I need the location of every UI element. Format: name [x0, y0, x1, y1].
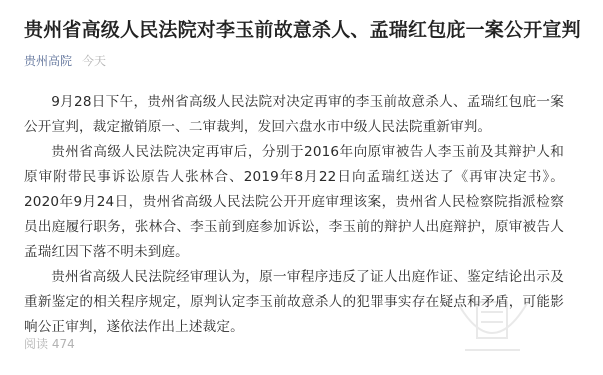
source-link[interactable]: 贵州高院 [24, 53, 72, 69]
article: 贵州省高级人民法院对李玉前故意杀人、孟瑞红包庇一案公开宣判 贵州高院 今天 9月… [24, 16, 584, 340]
paragraph: 9月28日下午，贵州省高级人民法院对决定再审的李玉前故意杀人、孟瑞红包庇一案公开… [24, 90, 564, 140]
paragraph: 贵州省高级人民法院经审理认为，原一审程序违反了证人出庭作证、鉴定结论出示及重新鉴… [24, 265, 564, 340]
read-count: 阅读 474 [24, 335, 75, 352]
article-title: 贵州省高级人民法院对李玉前故意杀人、孟瑞红包庇一案公开宣判 [24, 16, 584, 44]
paragraph: 贵州省高级人民法院决定再审后，分别于2016年向原审被告人李玉前及其辩护人和原审… [24, 140, 564, 265]
article-meta: 贵州高院 今天 [24, 53, 584, 69]
publish-date: 今天 [82, 53, 106, 69]
article-body: 9月28日下午，贵州省高级人民法院对决定再审的李玉前故意杀人、孟瑞红包庇一案公开… [24, 90, 564, 340]
